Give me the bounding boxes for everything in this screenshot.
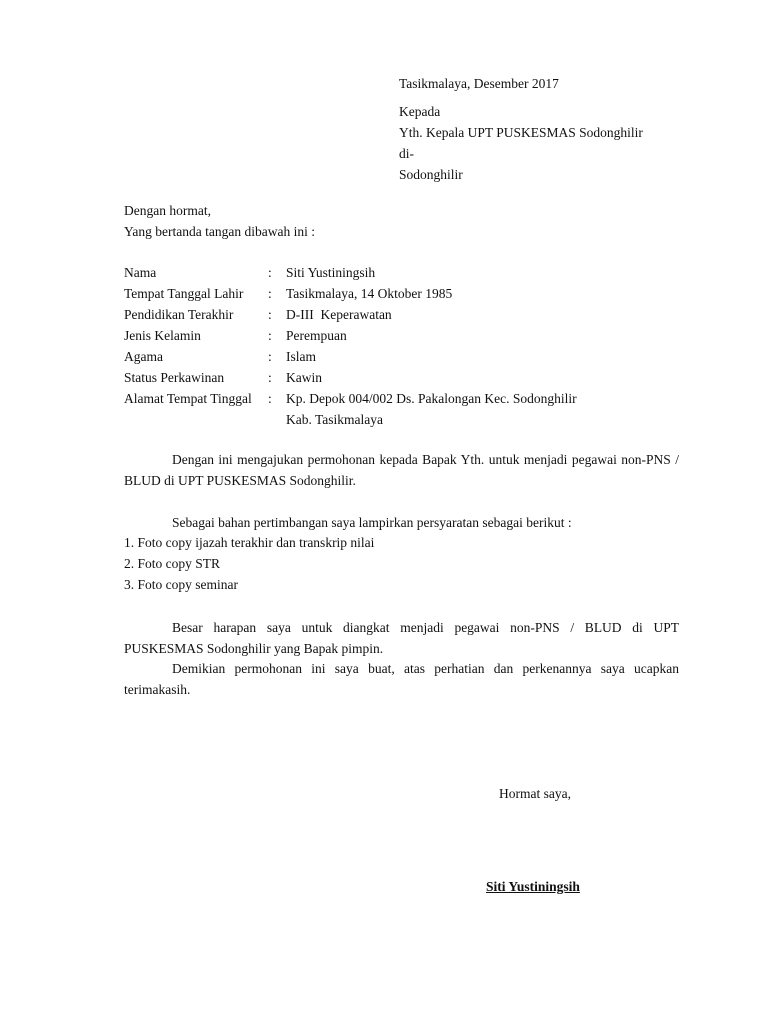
recipient-di: di- xyxy=(399,146,414,162)
closing-paragraph: Demikian permohonan ini saya buat, atas … xyxy=(124,659,679,700)
identity-label: Pendidikan Terakhir xyxy=(124,307,233,323)
identity-value: Siti Yustiningsih xyxy=(286,265,375,281)
hope-paragraph: Besar harapan saya untuk diangkat menjad… xyxy=(124,618,679,659)
attachment-item: 1. Foto copy ijazah terakhir dan transkr… xyxy=(124,535,374,551)
identity-label: Agama xyxy=(124,349,163,365)
identity-label: Tempat Tanggal Lahir xyxy=(124,286,243,302)
identity-label: Status Perkawinan xyxy=(124,370,224,386)
identity-colon: : xyxy=(268,370,272,386)
letter-page: Tasikmalaya, Desember 2017 Kepada Yth. K… xyxy=(0,0,768,1024)
identity-label: Nama xyxy=(124,265,156,281)
identity-colon: : xyxy=(268,307,272,323)
identity-value: Perempuan xyxy=(286,328,347,344)
attachment-item: 2. Foto copy STR xyxy=(124,556,220,572)
recipient-location: Sodonghilir xyxy=(399,167,463,183)
closing-phrase: Hormat saya, xyxy=(499,786,571,802)
salutation: Dengan hormat, xyxy=(124,203,211,219)
attachment-item: 3. Foto copy seminar xyxy=(124,577,238,593)
signatory-name: Siti Yustiningsih xyxy=(486,879,580,895)
identity-value: Tasikmalaya, 14 Oktober 1985 xyxy=(286,286,452,302)
identity-label: Alamat Tempat Tinggal xyxy=(124,391,252,407)
identity-value: Islam xyxy=(286,349,316,365)
recipient-addressee: Yth. Kepala UPT PUSKESMAS Sodonghilir xyxy=(399,125,643,141)
recipient-to-label: Kepada xyxy=(399,104,440,120)
identity-value: Kawin xyxy=(286,370,322,386)
identity-value: Kp. Depok 004/002 Ds. Pakalongan Kec. So… xyxy=(286,391,577,407)
address-line-2: Kab. Tasikmalaya xyxy=(286,412,383,428)
identity-colon: : xyxy=(268,349,272,365)
identity-value: D-III Keperawatan xyxy=(286,307,392,323)
identity-colon: : xyxy=(268,391,272,407)
identity-label: Jenis Kelamin xyxy=(124,328,201,344)
request-paragraph: Dengan ini mengajukan permohonan kepada … xyxy=(124,450,679,491)
identity-colon: : xyxy=(268,328,272,344)
intro-line: Yang bertanda tangan dibawah ini : xyxy=(124,224,315,240)
attachments-intro: Sebagai bahan pertimbangan saya lampirka… xyxy=(172,515,572,531)
identity-colon: : xyxy=(268,286,272,302)
identity-colon: : xyxy=(268,265,272,281)
place-date: Tasikmalaya, Desember 2017 xyxy=(399,76,559,92)
